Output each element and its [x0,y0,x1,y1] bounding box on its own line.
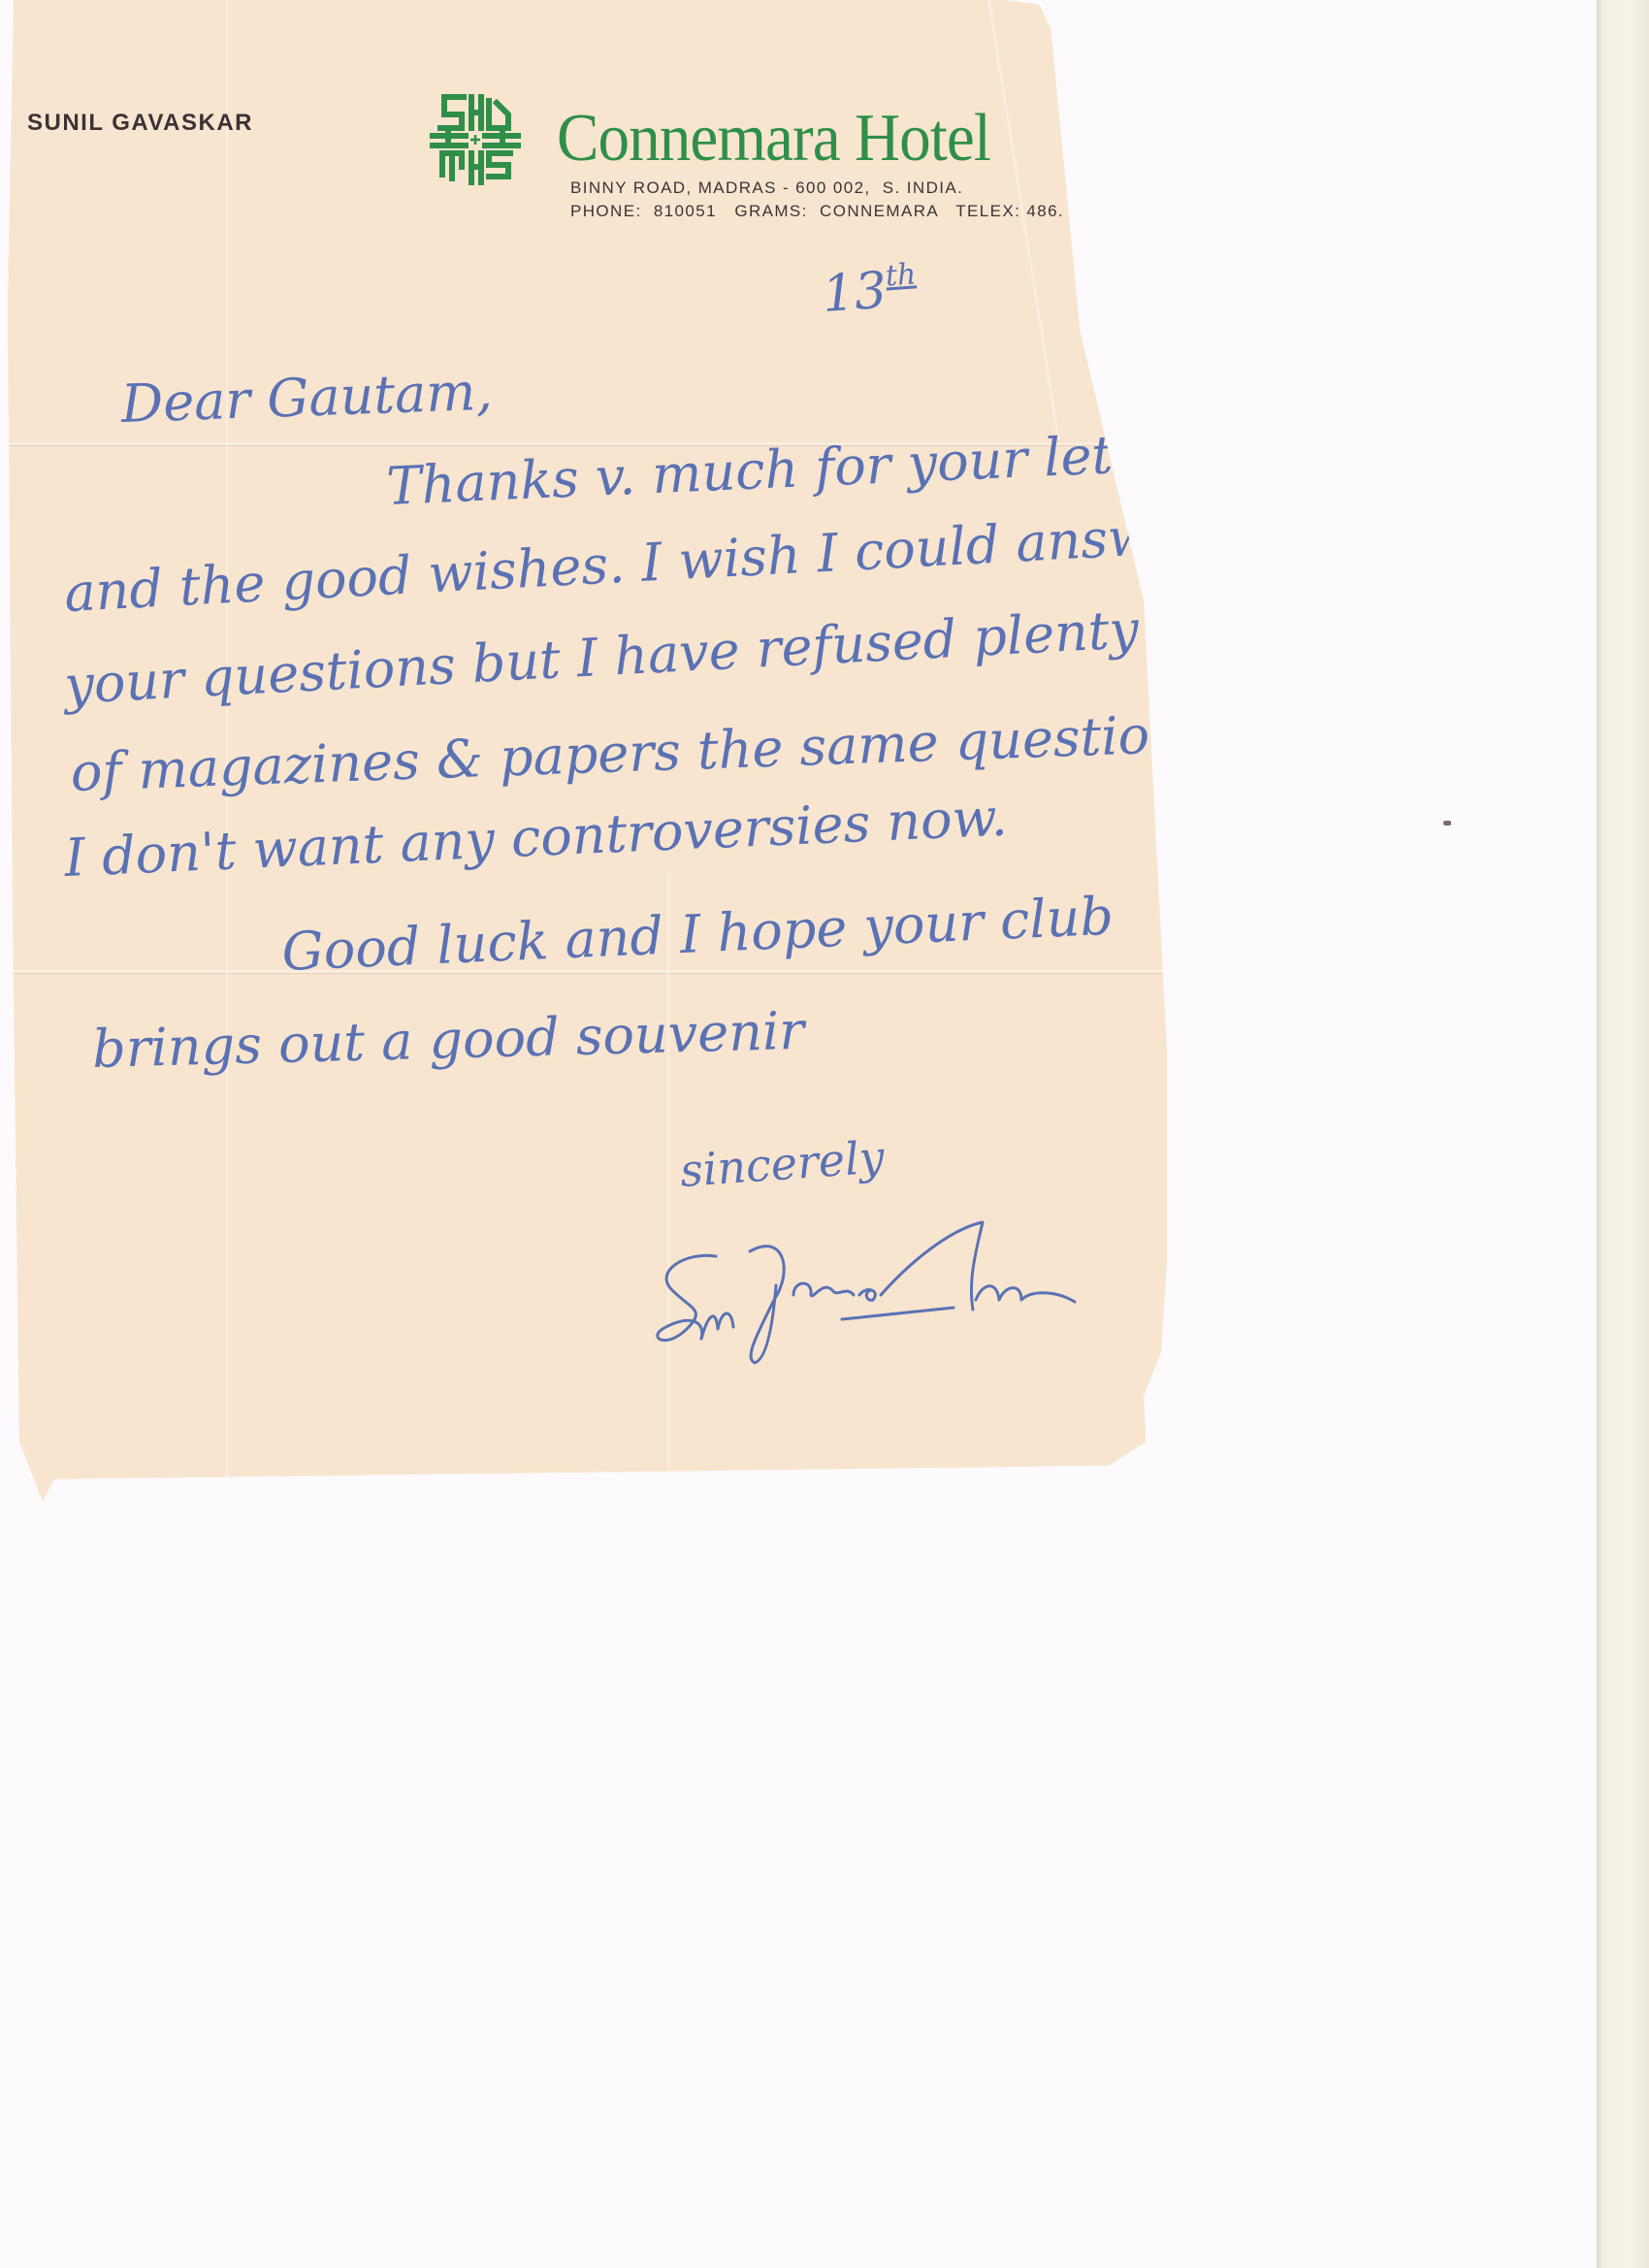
body-line: of magazines & papers the same questions… [70,701,1228,803]
hotel-name-heading: Connemara Hotel [557,105,990,173]
body-line: brings out a good souvenir [91,1000,804,1080]
body-line: Thanks v. much for your letter [385,421,1191,517]
letter-date: 13th [821,257,920,324]
ink-speck [1090,262,1096,270]
hotel-monogram-icon [427,89,524,186]
body-line: Good luck and I hope your club [280,886,1115,983]
body-line: your questions but I have refused plenty [63,599,1141,716]
paper-crease [667,873,669,1502]
scanner-edge-strip [1597,0,1649,2268]
scanner-dust [1443,821,1451,826]
hotel-contact: PHONE: 810051 GRAMS: CONNEMARA TELEX: 48… [570,202,1064,221]
salutation: Dear Gautam, [120,361,494,435]
paper-fold-line [8,970,1167,973]
letter-sheet: SUNIL GAVASKAR Connemara Hotel BINNY ROA… [8,0,1167,1502]
date-day: 13 [821,262,889,324]
date-suffix: th [885,257,918,293]
signature-icon [648,1193,1114,1368]
body-line: I don't want any controversies now. [63,787,1009,889]
rubber-stamp-name: SUNIL GAVASKAR [27,110,253,137]
hotel-address: BINNY ROAD, MADRAS - 600 002, S. INDIA. [570,178,963,198]
closing: sincerely [678,1130,886,1197]
